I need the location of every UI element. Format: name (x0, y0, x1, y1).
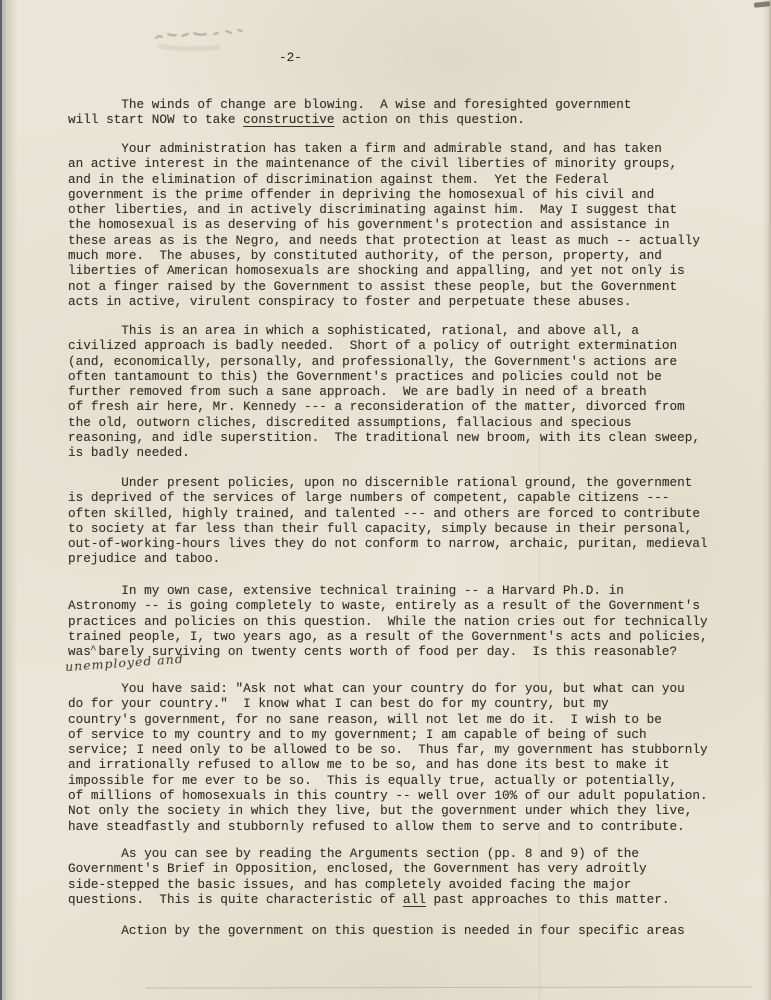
paragraph-winds-of-change: The winds of change are blowing. A wise … (68, 97, 631, 128)
paragraph-action-needed: Action by the government on this questio… (68, 923, 685, 938)
scanned-letter-screenshot: { "colors": { "paper": "#eae5d6", "ink":… (0, 0, 771, 1000)
paper-crease-horizontal (146, 986, 752, 988)
page-number: -2- (279, 50, 302, 65)
paragraph-your-administration: Your administration has taken a firm and… (68, 141, 700, 309)
insertion-caret-mark: ^ (90, 645, 97, 657)
paragraph-present-policies: Under present policies, upon no discerni… (68, 475, 708, 567)
paragraph-own-case: In my own case, extensive technical trai… (68, 583, 708, 659)
paragraph-arguments-section: As you can see by reading the Arguments … (68, 846, 670, 907)
paragraph-ask-not: You have said: "Ask not what can your co… (68, 681, 708, 834)
paragraph-civilized-approach: This is an area in which a sophisticated… (68, 323, 700, 461)
paper-crease-vertical (539, 420, 540, 1000)
pencil-smudge (144, 20, 274, 52)
letter-page: -2- The winds of change are blowing. A w… (6, 0, 771, 1000)
scan-artifact-mark (754, 1, 770, 8)
